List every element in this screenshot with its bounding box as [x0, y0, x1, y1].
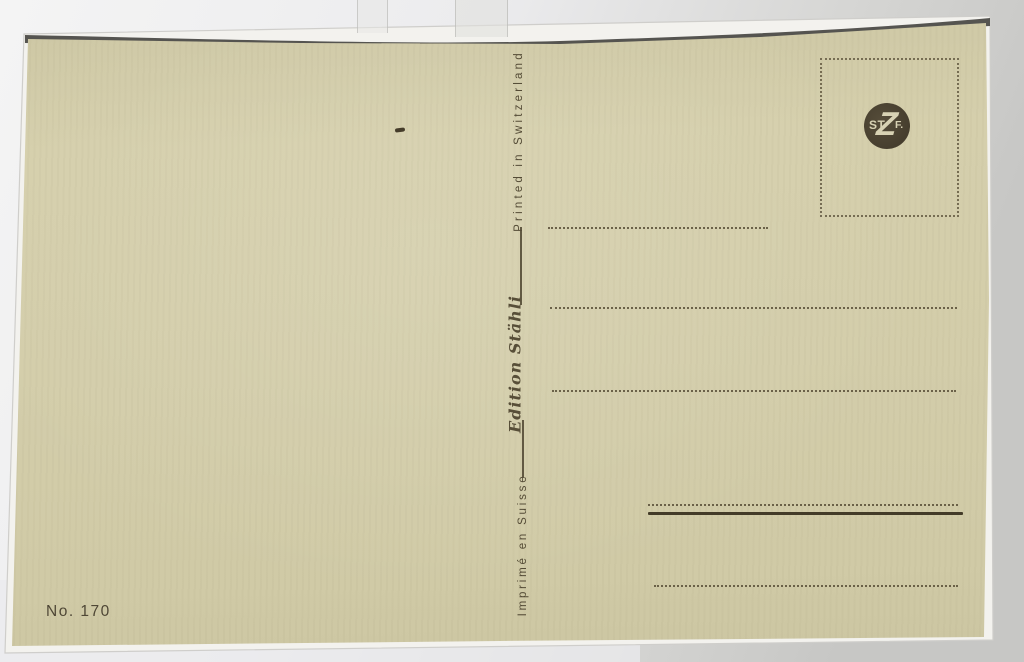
publisher-script-label: Edition Stähli — [506, 295, 525, 433]
postcard-back: Printed in Switzerland Edition Stähli Im… — [0, 0, 1024, 662]
tape-strip-left — [357, 0, 388, 33]
divider-rule-lower — [522, 420, 524, 478]
staehli-publisher-logo-icon: ST Z F. — [864, 103, 910, 149]
address-line-3 — [552, 390, 956, 392]
photo-scene: Printed in Switzerland Edition Stähli Im… — [0, 0, 1024, 662]
address-line-1 — [548, 227, 768, 229]
ink-speck — [395, 127, 405, 132]
divider-rule-upper — [520, 227, 522, 305]
address-line-5 — [654, 585, 958, 587]
imprime-en-suisse-label: Imprimé en Suisse — [517, 474, 529, 617]
address-line-2 — [550, 307, 957, 309]
printed-in-switzerland-label: Printed in Switzerland — [513, 50, 525, 232]
address-line-4-solid — [648, 512, 963, 515]
tape-strip-right — [455, 0, 508, 37]
logo-letter-f: F. — [895, 120, 903, 131]
card-number-label: No. 170 — [46, 603, 111, 621]
address-line-4-dotted — [648, 504, 958, 506]
